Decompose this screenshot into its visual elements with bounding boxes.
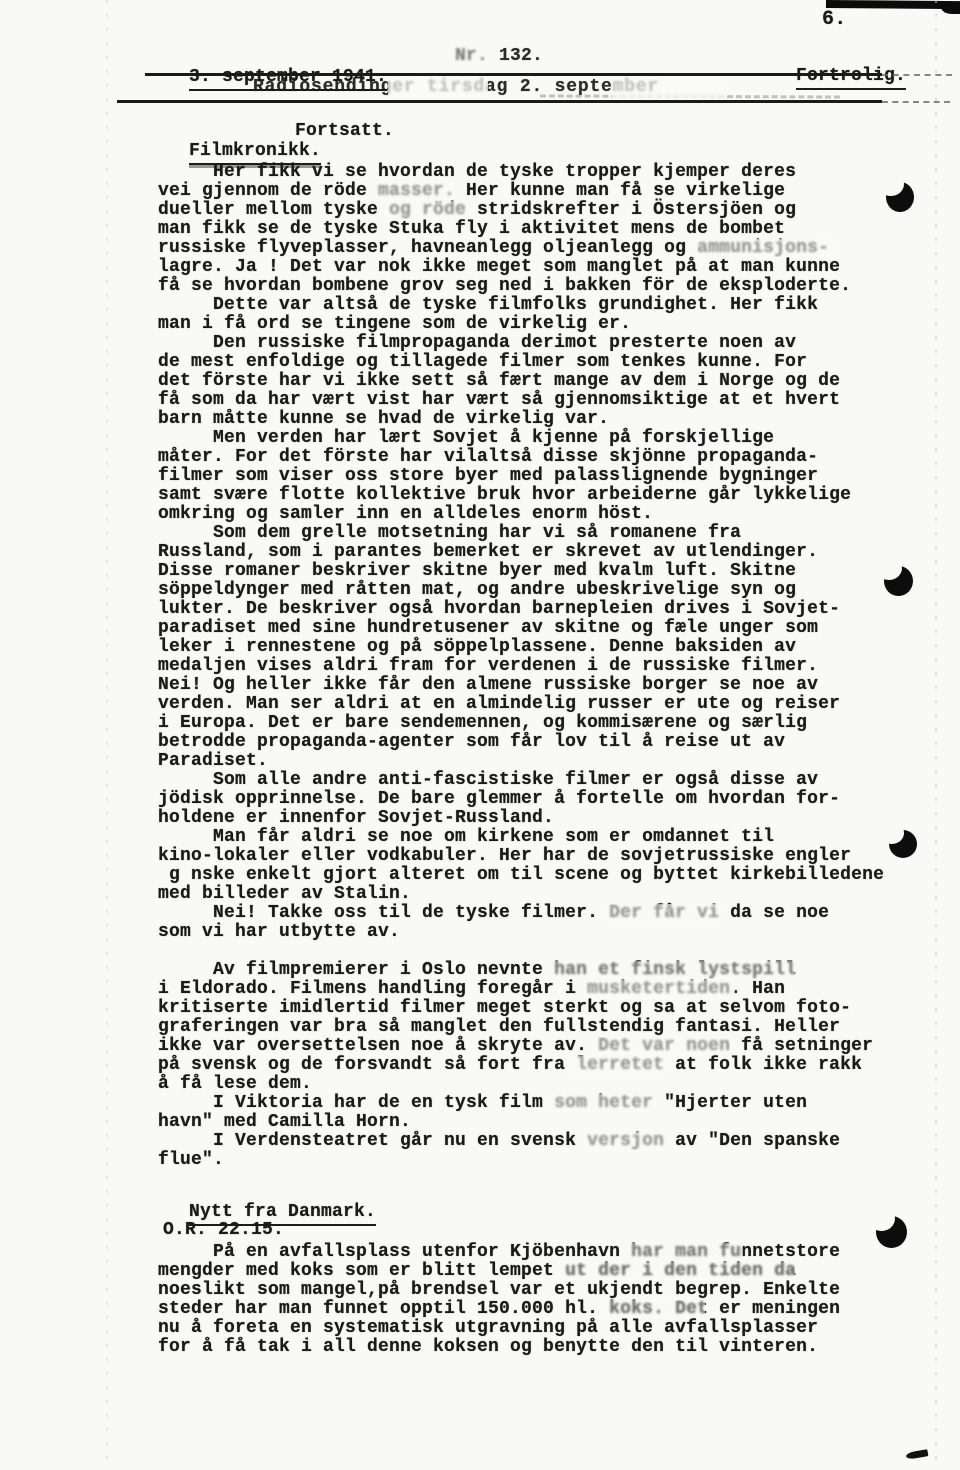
- smudge: [386, 201, 466, 219]
- ink-blob: [889, 830, 917, 858]
- smudge: [572, 1056, 667, 1074]
- ink-blob: [876, 1216, 907, 1248]
- film-section-continuation: Fortsatt.: [295, 121, 394, 141]
- smudge: [585, 980, 735, 998]
- smudge: [452, 44, 488, 66]
- film-section-body-1: Her fikk vi se hvordan de tyske tropper …: [158, 163, 884, 942]
- document-page: 6. 3. september 1941. Nr. 132. Fortrolig…: [0, 0, 960, 1470]
- header-rule-bottom: [117, 100, 882, 103]
- page-number: 6.: [822, 10, 846, 30]
- right-margin-dotted-line: [935, 0, 937, 1470]
- film-section-body-2: Av filmpremierer i Oslo nevnte han et fi…: [158, 961, 873, 1170]
- left-margin-dotted-line: [106, 0, 108, 1470]
- smudge: [375, 182, 455, 200]
- smudge: [628, 1243, 743, 1261]
- ink-blob: [884, 566, 913, 596]
- smudge: [595, 1037, 730, 1055]
- header-rule-top-tail: [882, 74, 952, 76]
- smudge: [550, 1094, 655, 1112]
- smudge: [560, 1262, 795, 1280]
- smudge: [388, 76, 488, 98]
- smudge: [606, 904, 721, 922]
- smudge: [612, 76, 724, 98]
- ink-blob: [886, 182, 914, 212]
- ink-mark: [906, 1449, 929, 1460]
- header-classification-text: Fortrolig.: [796, 66, 906, 90]
- header-rule-top: [145, 73, 882, 76]
- denmark-section-source: O.R. 22.15.: [163, 1220, 284, 1240]
- scan-edge-artifact: [941, 3, 960, 14]
- scan-edge-artifact: [826, 0, 960, 9]
- smudge: [605, 1300, 705, 1318]
- header-rule-bottom-tail: [882, 101, 950, 103]
- smudge: [585, 1132, 665, 1150]
- smudge: [550, 961, 795, 979]
- smudge: [695, 239, 833, 257]
